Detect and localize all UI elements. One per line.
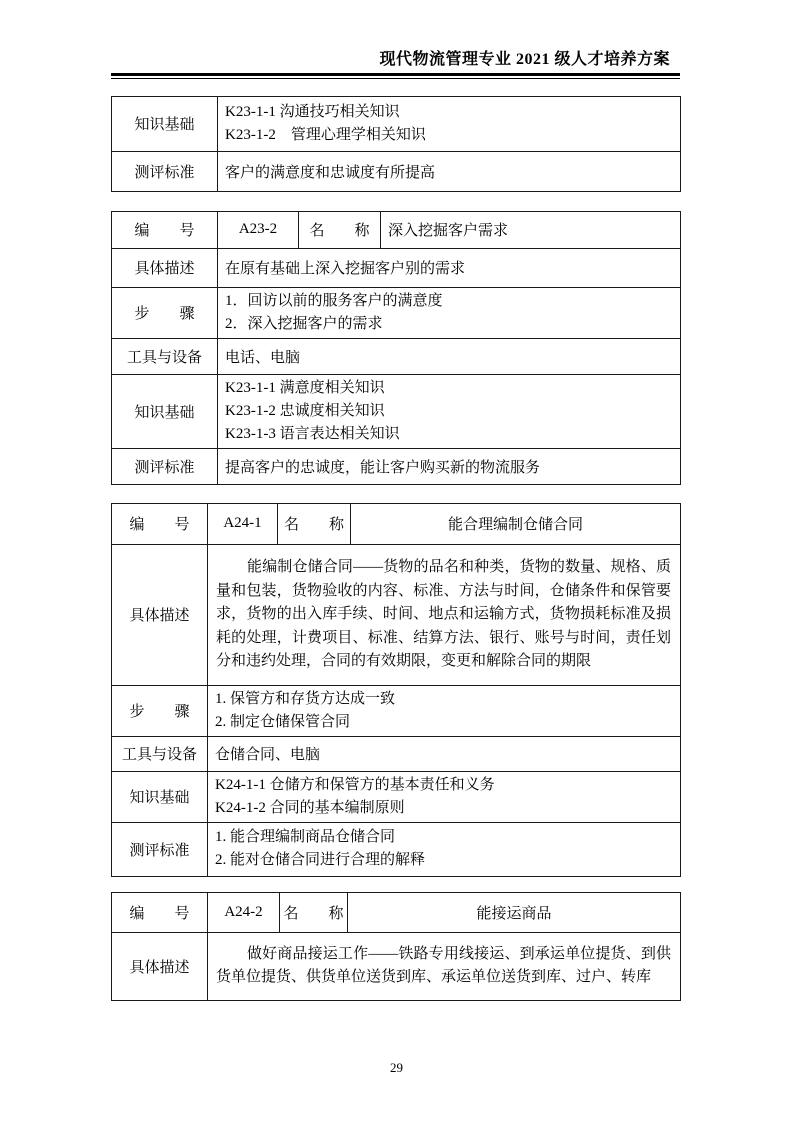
description-cell: 能编制仓储合同——货物的品名和种类，货物的数量、规格、质量和包装，货物验收的内容… <box>208 544 681 685</box>
evaluation-line: 2. 能对仓储合同进行合理的解释 <box>215 849 673 872</box>
header-double-rule <box>111 73 680 79</box>
name-value: 能合理编制仓储合同 <box>351 503 681 544</box>
tools-cell: 电话、电脑 <box>218 338 681 374</box>
knowledge-cell: K23-1-1 沟通技巧相关知识 K23-1-2 管理心理学相关知识 <box>218 96 681 151</box>
row-label-description: 具体描述 <box>112 248 218 287</box>
knowledge-line: K24-1-1 仓储方和保管方的基本责任和义务 <box>215 774 673 797</box>
row-label-tools: 工具与设备 <box>112 736 208 771</box>
row-label-name: 名 称 <box>299 211 381 248</box>
rule-top-line <box>111 73 680 76</box>
table-row: 编 号 A23-2 名 称 深入挖掘客户需求 <box>112 211 681 248</box>
table-row: 编 号 A24-1 名 称 能合理编制仓储合同 <box>112 503 681 544</box>
description-paragraph: 能编制仓储合同——货物的品名和种类，货物的数量、规格、质量和包装，货物验收的内容… <box>209 553 679 676</box>
row-label-tools: 工具与设备 <box>112 338 218 374</box>
task-table-a24-1: 编 号 A24-1 名 称 能合理编制仓储合同 具体描述 能编制仓储合同——货物… <box>111 503 681 877</box>
step-line: 2. 制定仓储保管合同 <box>215 711 673 734</box>
table-row: 测评标准 1. 能合理编制商品仓储合同 2. 能对仓储合同进行合理的解释 <box>112 822 681 876</box>
table-row: 具体描述 做好商品接运工作——铁路专用线接运、到承运单位提货、到供货单位提货、供… <box>112 932 681 1000</box>
description-cell: 做好商品接运工作——铁路专用线接运、到承运单位提货、到供货单位提货、供货单位送货… <box>208 932 681 1000</box>
description-cell: 在原有基础上深入挖掘客户别的需求 <box>218 248 681 287</box>
task-table-a23-2: 编 号 A23-2 名 称 深入挖掘客户需求 具体描述 在原有基础上深入挖掘客户… <box>111 211 681 485</box>
table-row: 具体描述 在原有基础上深入挖掘客户别的需求 <box>112 248 681 287</box>
row-label-steps: 步 骤 <box>112 287 218 338</box>
name-value: 深入挖掘客户需求 <box>381 211 681 248</box>
step-line: 1. 保管方和存货方达成一致 <box>215 688 673 711</box>
row-label-description: 具体描述 <box>112 544 208 685</box>
step-line: 2．深入挖掘客户的需求 <box>225 313 673 336</box>
row-label-description: 具体描述 <box>112 932 208 1000</box>
row-label-evaluation: 测评标准 <box>112 822 208 876</box>
table-row: 编 号 A24-2 名 称 能接运商品 <box>112 892 681 932</box>
knowledge-cell: K23-1-1 满意度相关知识 K23-1-2 忠诚度相关知识 K23-1-3 … <box>218 374 681 448</box>
knowledge-line: K24-1-2 合同的基本编制原则 <box>215 797 673 820</box>
table-row: 步 骤 1．回访以前的服务客户的满意度 2．深入挖掘客户的需求 <box>112 287 681 338</box>
table-row: 知识基础 K23-1-1 满意度相关知识 K23-1-2 忠诚度相关知识 K23… <box>112 374 681 448</box>
knowledge-line: K23-1-3 语言表达相关知识 <box>225 423 673 446</box>
table-row: 具体描述 能编制仓储合同——货物的品名和种类，货物的数量、规格、质量和包装，货物… <box>112 544 681 685</box>
row-label-steps: 步 骤 <box>112 685 208 736</box>
table-row: 步 骤 1. 保管方和存货方达成一致 2. 制定仓储保管合同 <box>112 685 681 736</box>
row-label-name: 名 称 <box>278 503 351 544</box>
knowledge-line: K23-1-1 满意度相关知识 <box>225 377 673 400</box>
row-label-evaluation: 测评标准 <box>112 448 218 484</box>
evaluation-cell: 提高客户的忠诚度，能让客户购买新的物流服务 <box>218 448 681 484</box>
task-table-a24-2: 编 号 A24-2 名 称 能接运商品 具体描述 做好商品接运工作——铁路专用线… <box>111 892 681 1001</box>
row-label-code: 编 号 <box>112 211 218 248</box>
page-number: 29 <box>0 1060 793 1076</box>
description-paragraph: 做好商品接运工作——铁路专用线接运、到承运单位提货、到供货单位提货、供货单位送货… <box>209 940 679 993</box>
table-row: 工具与设备 仓储合同、电脑 <box>112 736 681 771</box>
code-value: A23-2 <box>218 211 299 248</box>
task-summary-table-k23: 知识基础 K23-1-1 沟通技巧相关知识 K23-1-2 管理心理学相关知识 … <box>111 96 681 192</box>
evaluation-cell: 客户的满意度和忠诚度有所提高 <box>218 151 681 191</box>
table-row: 知识基础 K24-1-1 仓储方和保管方的基本责任和义务 K24-1-2 合同的… <box>112 771 681 822</box>
code-value: A24-2 <box>208 892 280 932</box>
steps-cell: 1. 保管方和存货方达成一致 2. 制定仓储保管合同 <box>208 685 681 736</box>
name-value: 能接运商品 <box>348 892 681 932</box>
table-row: 测评标准 客户的满意度和忠诚度有所提高 <box>112 151 681 191</box>
row-label-knowledge: 知识基础 <box>112 96 218 151</box>
step-line: 1．回访以前的服务客户的满意度 <box>225 290 673 313</box>
table-row: 知识基础 K23-1-1 沟通技巧相关知识 K23-1-2 管理心理学相关知识 <box>112 96 681 151</box>
table-row: 测评标准 提高客户的忠诚度，能让客户购买新的物流服务 <box>112 448 681 484</box>
evaluation-line: 1. 能合理编制商品仓储合同 <box>215 826 673 849</box>
row-label-code: 编 号 <box>112 892 208 932</box>
row-label-knowledge: 知识基础 <box>112 374 218 448</box>
knowledge-cell: K24-1-1 仓储方和保管方的基本责任和义务 K24-1-2 合同的基本编制原… <box>208 771 681 822</box>
row-label-knowledge: 知识基础 <box>112 771 208 822</box>
header-title: 现代物流管理专业 2021 级人才培养方案 <box>111 50 680 70</box>
document-page: 现代物流管理专业 2021 级人才培养方案 知识基础 K23-1-1 沟通技巧相… <box>111 0 680 1001</box>
code-value: A24-1 <box>208 503 278 544</box>
rule-bottom-line <box>111 78 680 79</box>
steps-cell: 1．回访以前的服务客户的满意度 2．深入挖掘客户的需求 <box>218 287 681 338</box>
row-label-code: 编 号 <box>112 503 208 544</box>
evaluation-cell: 1. 能合理编制商品仓储合同 2. 能对仓储合同进行合理的解释 <box>208 822 681 876</box>
knowledge-line: K23-1-2 忠诚度相关知识 <box>225 400 673 423</box>
row-label-name: 名 称 <box>280 892 348 932</box>
table-row: 工具与设备 电话、电脑 <box>112 338 681 374</box>
tools-cell: 仓储合同、电脑 <box>208 736 681 771</box>
knowledge-line: K23-1-1 沟通技巧相关知识 <box>225 101 673 124</box>
row-label-evaluation: 测评标准 <box>112 151 218 191</box>
knowledge-line: K23-1-2 管理心理学相关知识 <box>225 124 673 147</box>
